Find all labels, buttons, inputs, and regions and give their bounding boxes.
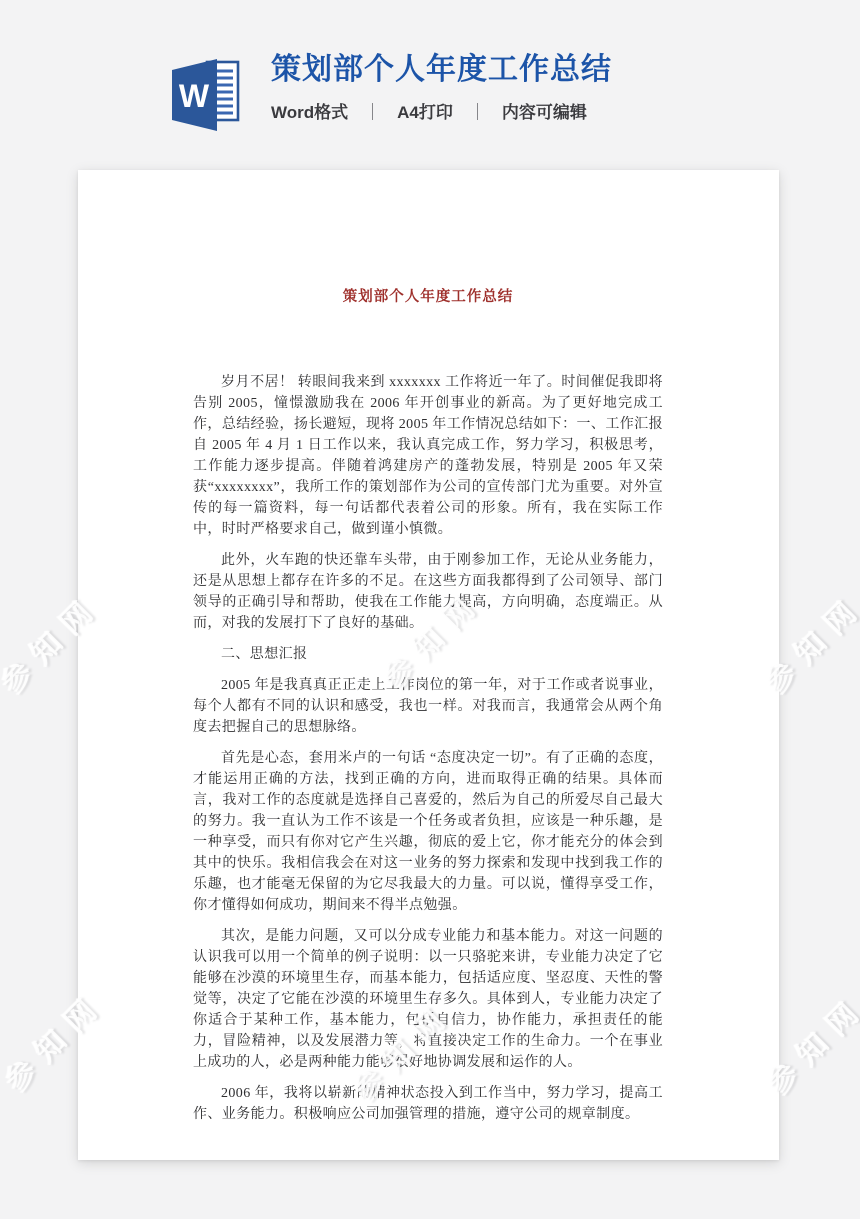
- template-subtitle: Word格式 ｜ A4打印 ｜ 内容可编辑: [271, 98, 612, 123]
- document-page: 策划部个人年度工作总结 岁月不居！ 转眼间我来到 xxxxxxx 工作将近一年了…: [78, 170, 779, 1160]
- doc-paragraph: 此外，火车跑的快还靠车头带，由于刚参加工作，无论从业务能力，还是从思想上都存在许…: [193, 550, 663, 634]
- doc-title: 策划部个人年度工作总结: [193, 287, 663, 308]
- doc-paragraph: 2005 年是我真真正正走上工作岗位的第一年，对于工作或者说事业，每个人都有不同…: [193, 675, 663, 738]
- format-badge-editable: 内容可编辑: [502, 98, 587, 123]
- word-icon-letter: W: [179, 78, 210, 114]
- doc-body: 岁月不居！ 转眼间我来到 xxxxxxx 工作将近一年了。时间催促我即将告别 2…: [193, 372, 663, 1125]
- word-icon: W: [163, 53, 247, 137]
- template-header: W 策划部个人年度工作总结 Word格式 ｜ A4打印 ｜ 内容可编辑: [163, 53, 612, 137]
- doc-paragraph: 其次，是能力问题，又可以分成专业能力和基本能力。对这一问题的认识我可以用一个简单…: [193, 926, 663, 1073]
- subtitle-separator: ｜: [364, 98, 381, 123]
- doc-section-heading: 二、思想汇报: [193, 644, 663, 665]
- subtitle-separator: ｜: [469, 98, 486, 123]
- format-badge-print: A4打印: [397, 98, 453, 123]
- header-text: 策划部个人年度工作总结 Word格式 ｜ A4打印 ｜ 内容可编辑: [271, 53, 612, 123]
- doc-paragraph: 首先是心态，套用米卢的一句话 “态度决定一切”。有了正确的态度，才能运用正确的方…: [193, 748, 663, 916]
- format-badge-word: Word格式: [271, 98, 348, 123]
- doc-paragraph: 岁月不居！ 转眼间我来到 xxxxxxx 工作将近一年了。时间催促我即将告别 2…: [193, 372, 663, 540]
- template-title: 策划部个人年度工作总结: [271, 53, 612, 86]
- doc-paragraph: 2006 年，我将以崭新的精神状态投入到工作当中，努力学习，提高工作、业务能力。…: [193, 1083, 663, 1125]
